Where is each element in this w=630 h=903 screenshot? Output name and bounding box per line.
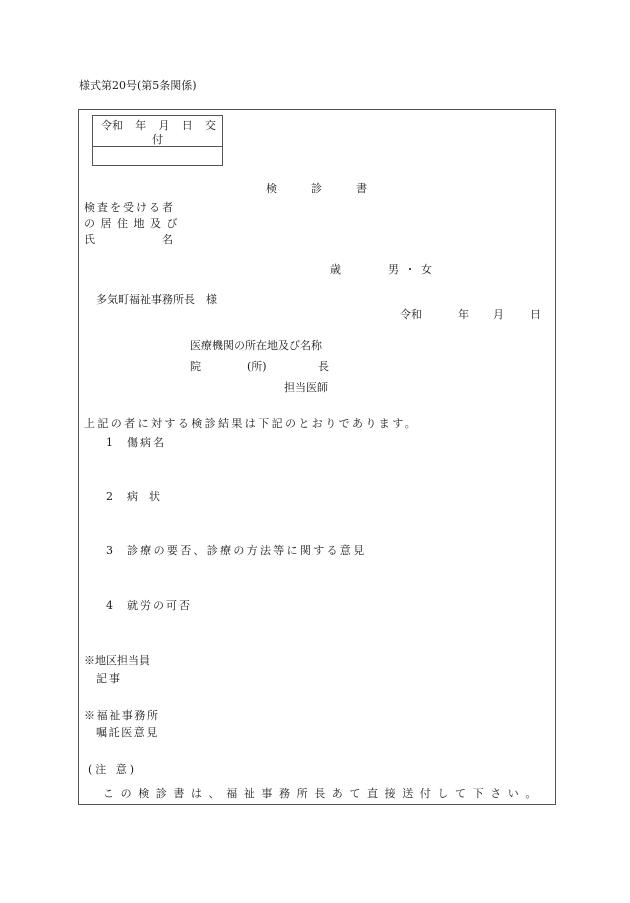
note-heading: (注 意) (88, 764, 137, 775)
item-2-label: 病 状 (127, 491, 160, 502)
district-staff-label: ※地区担当員 (84, 655, 150, 666)
item-3-label: 診療の要否、診療の方法等に関する意見 (127, 545, 366, 556)
addressee: 多気町福祉事務所長 様 (96, 294, 217, 305)
issue-date-header: 令和 年 月 日 交 付 (93, 119, 222, 147)
welfare-office-label: ※福祉事務所 (84, 710, 160, 721)
institution-head-1: 院 (190, 361, 201, 372)
title-char: 検 (266, 182, 277, 195)
district-staff-sub: 記事 (96, 673, 122, 684)
institution-location-name: 医療機関の所在地及び名称 (190, 340, 322, 351)
subject-label-line1: 検査を受ける者 (84, 202, 175, 213)
title-char: 診 (311, 182, 322, 195)
item-3-number: 3 (106, 545, 113, 556)
issue-era-label: 令和 (101, 119, 123, 133)
issue-day-label: 日 (182, 119, 193, 133)
item-4-label: 就労の可否 (127, 600, 192, 611)
sex-options: 男 ・ 女 (388, 264, 432, 275)
institution-head-3: 長 (318, 361, 329, 372)
item-2-number: 2 (106, 491, 113, 502)
subject-label-line2: の居住地及び (84, 218, 183, 229)
issue-box-divider (93, 146, 222, 147)
item-4-number: 4 (106, 600, 113, 611)
date-day: 日 (530, 309, 541, 320)
issue-date-value-field[interactable] (97, 151, 217, 163)
subject-label-line3-right: 名 (162, 234, 173, 245)
form-number: 様式第20号(第5条関係) (79, 80, 197, 91)
issue-label-part1: 交 (205, 119, 216, 133)
date-era: 令和 (400, 309, 422, 320)
institution-head-2: (所) (247, 361, 267, 372)
issue-date-box: 令和 年 月 日 交 付 (92, 115, 223, 166)
issue-month-label: 月 (159, 119, 170, 133)
welfare-office-sub: 嘱託医意見 (96, 727, 159, 738)
date-month: 月 (493, 309, 504, 320)
statement: 上記の者に対する検診結果は下記のとおりであります。 (84, 418, 418, 429)
date-year: 年 (458, 309, 469, 320)
item-1-label: 傷病名 (127, 437, 166, 448)
title-char: 書 (356, 182, 367, 195)
item-1-number: 1 (106, 437, 113, 448)
issue-year-label: 年 (135, 119, 146, 133)
note-text: この検診書は、福祉事務所長あて直接送付して下さい。 (103, 788, 543, 799)
subject-label-line3-left: 氏 (84, 234, 95, 245)
age-label: 歳 (330, 264, 341, 275)
document-title: 検診書 (266, 183, 367, 194)
doctor-label: 担当医師 (284, 382, 328, 393)
issue-label-part2: 付 (93, 133, 222, 147)
